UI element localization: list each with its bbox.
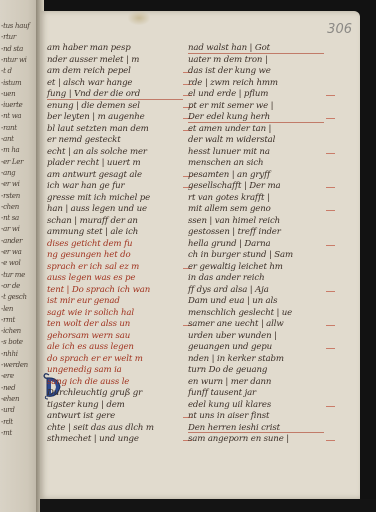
manuscript-line: gresse mit ich michel pe	[47, 193, 187, 205]
left-page-line: -iuerte	[1, 101, 22, 110]
manuscript-line: rt van gotes krafft |	[188, 193, 328, 205]
manuscript-line: dises geticht dem fu	[47, 239, 187, 251]
manuscript-line: er nemd gesteckt	[47, 135, 187, 147]
left-page-line: -rmt	[1, 316, 15, 325]
left-page-line: -nd sta	[1, 45, 23, 54]
manuscript-line: Durchleuchtig gruß gr	[47, 388, 187, 400]
line-filler-stroke	[326, 440, 335, 441]
manuscript-line: ich war han ge fur	[47, 181, 187, 193]
manuscript-line: pesamten | an gryff	[188, 170, 328, 182]
left-page-line: -werden	[1, 361, 28, 370]
left-page-line: -rsten	[1, 192, 20, 201]
manuscript-line: nt uns in aiser finst	[188, 411, 328, 423]
manuscript-line: ff dys ard alsa | Aja	[188, 285, 328, 297]
manuscript-page: 306 am haber man pespnder ausser melet |…	[40, 11, 360, 499]
left-page-line: -tus hauf	[1, 22, 30, 31]
manuscript-line: das ist der kung we	[188, 66, 328, 78]
left-page-line: -ant	[1, 135, 14, 144]
left-page-line: -istum	[1, 79, 21, 88]
manuscript-line: ber leyten | m augenhe	[47, 112, 187, 124]
left-page-line: -ntur wi	[1, 56, 27, 65]
manuscript-line: gesellschafft | Der ma	[188, 181, 328, 193]
left-page-line: -e wol	[1, 259, 20, 268]
manuscript-line: hesst lunuer mit na	[188, 147, 328, 159]
manuscript-line: sam angeporn en sune |	[188, 434, 328, 446]
manuscript-line: turn Do de geuang	[188, 365, 328, 377]
manuscript-line: samer ane uecht | allw	[188, 319, 328, 331]
manuscript-line: Dam und eua | un als	[188, 296, 328, 308]
manuscript-line: ammung stet | ale ich	[47, 227, 187, 239]
manuscript-line: ist mir eur genad	[47, 296, 187, 308]
manuscript-line: am haber man pesp	[47, 43, 187, 55]
left-page-line: -t d	[1, 67, 12, 76]
manuscript-line: ch in burger stund | Sam	[188, 250, 328, 262]
manuscript-line: ungenedig sam ia	[47, 365, 187, 377]
manuscript-line: enung | die demen sel	[47, 101, 187, 113]
line-filler-stroke	[326, 118, 335, 119]
manuscript-line: ten wolt der alss un	[47, 319, 187, 331]
left-page-line: -er Ler	[1, 158, 23, 167]
line-filler-stroke	[326, 245, 335, 246]
left-page-line: -nhhi	[1, 350, 18, 359]
manuscript-line: echt | an als solche mer	[47, 147, 187, 159]
left-page-line: -nt wa	[1, 112, 21, 121]
manuscript-line: rde | zwm reich hmm	[188, 78, 328, 90]
manuscript-line: plader recht | uuert m	[47, 158, 187, 170]
left-page-line: -m ha	[1, 146, 19, 155]
manuscript-line: bl laut setzten man dem	[47, 124, 187, 136]
manuscript-line: hella grund | Darna	[188, 239, 328, 251]
manuscript-line: auss legen was es pe	[47, 273, 187, 285]
line-filler-stroke	[326, 348, 335, 349]
manuscript-line: der walt m widerstal	[188, 135, 328, 147]
manuscript-line: sprach er ich sal ez m	[47, 262, 187, 274]
left-page-line: -t gesch	[1, 293, 27, 302]
manuscript-line: han | auss legen und ue	[47, 204, 187, 216]
manuscript-line: gestossen | treff inder	[188, 227, 328, 239]
manuscript-line: menschen an sich	[188, 158, 328, 170]
manuscript-line: nad walst han | Got	[188, 43, 328, 55]
manuscript-line: antwurt ist gere	[47, 411, 187, 423]
line-filler-stroke	[326, 95, 335, 96]
manuscript-line: urden uber wunden |	[188, 331, 328, 343]
manuscript-line: sang ich die auss le	[47, 377, 187, 389]
folio-number: 306	[327, 22, 352, 37]
manuscript-line: do sprach er er welt m	[47, 354, 187, 366]
left-page-line: -chen	[1, 203, 19, 212]
line-filler-stroke	[326, 406, 335, 407]
manuscript-line: edel kung uil klares	[188, 400, 328, 412]
left-page-line: -ere	[1, 372, 14, 381]
page-bottom-shadow	[40, 499, 376, 512]
text-column-a: am haber man pespnder ausser melet | mam…	[47, 43, 187, 446]
line-filler-stroke	[326, 210, 335, 211]
manuscript-line: schan | muraff der an	[47, 216, 187, 228]
left-page-line: -ichen	[1, 327, 21, 336]
manuscript-line: nden | in kerker stabm	[188, 354, 328, 366]
manuscript-line: menschlich geslecht | ue	[188, 308, 328, 320]
manuscript-line: uater m dem tron |	[188, 55, 328, 67]
manuscript-line: el und erde | pflum	[188, 89, 328, 101]
left-page-line: -nt sa	[1, 214, 19, 223]
left-page-line: -ander	[1, 237, 22, 246]
line-filler-stroke	[326, 187, 335, 188]
text-column-b: nad walst han | Gotuater m dem tron |das…	[188, 43, 328, 446]
left-page-edge: -tus hauf-rtur-nd sta-ntur wi-t d-istum-…	[0, 0, 40, 512]
left-page-line: -ang	[1, 169, 15, 178]
manuscript-line: et | alsch war hange	[47, 78, 187, 90]
left-page-line: -ar wi	[1, 225, 20, 234]
manuscript-line: am dem reich pepel	[47, 66, 187, 78]
manuscript-line: et amen under tan |	[188, 124, 328, 136]
left-page-line: -urd	[1, 406, 15, 415]
left-page-line: -mt	[1, 429, 12, 438]
manuscript-line: er gewaltig leichet hm	[188, 262, 328, 274]
left-page-line: -er wa	[1, 248, 21, 257]
manuscript-line: Den herren ieshi crist	[188, 423, 328, 435]
manuscript-line: nder ausser melet | m	[47, 55, 187, 67]
left-page-line: -rtur	[1, 33, 16, 42]
line-filler-stroke	[326, 291, 335, 292]
manuscript-line: sagt wie ir solich hal	[47, 308, 187, 320]
manuscript-line: ssen | van himel reich	[188, 216, 328, 228]
left-page-line: -rant	[1, 124, 17, 133]
manuscript-line: tent | Do sprach ich wan	[47, 285, 187, 297]
left-page-line: -s bote	[1, 338, 23, 347]
left-page-line: -er wi	[1, 180, 20, 189]
manuscript-line: funff tausent jar	[188, 388, 328, 400]
manuscript-line: chte | seit das aus dlch m	[47, 423, 187, 435]
line-filler-stroke	[326, 325, 335, 326]
manuscript-line: ng gesungen het do	[47, 250, 187, 262]
left-page-line: -tur me	[1, 271, 25, 280]
left-page-line: -len	[1, 305, 13, 314]
manuscript-line: Der edel kung herh	[188, 112, 328, 124]
left-page-line: -ehen	[1, 395, 19, 404]
manuscript-line: en wurn | mer dann	[188, 377, 328, 389]
manuscript-line: sthmechet | und unge	[47, 434, 187, 446]
manuscript-line: mit allem sem geno	[188, 204, 328, 216]
left-page-line: -ned	[1, 384, 15, 393]
manuscript-line: geuangen und gepu	[188, 342, 328, 354]
left-page-line: -rdt	[1, 418, 13, 427]
page-stain	[128, 11, 150, 25]
manuscript-line: gehorsam wern sau	[47, 331, 187, 343]
manuscript-line: fung | Vnd der die ord	[47, 89, 187, 101]
manuscript-line: tigster kung | dem	[47, 400, 187, 412]
left-page-line: -uen	[1, 90, 15, 99]
manuscript-line: ale ich es auss legen	[47, 342, 187, 354]
manuscript-line: am antwurt gesagt ale	[47, 170, 187, 182]
line-filler-stroke	[326, 153, 335, 154]
manuscript-line: pt er mit semer we |	[188, 101, 328, 113]
left-page-line: -or de	[1, 282, 20, 291]
manuscript-line: in das ander reich	[188, 273, 328, 285]
